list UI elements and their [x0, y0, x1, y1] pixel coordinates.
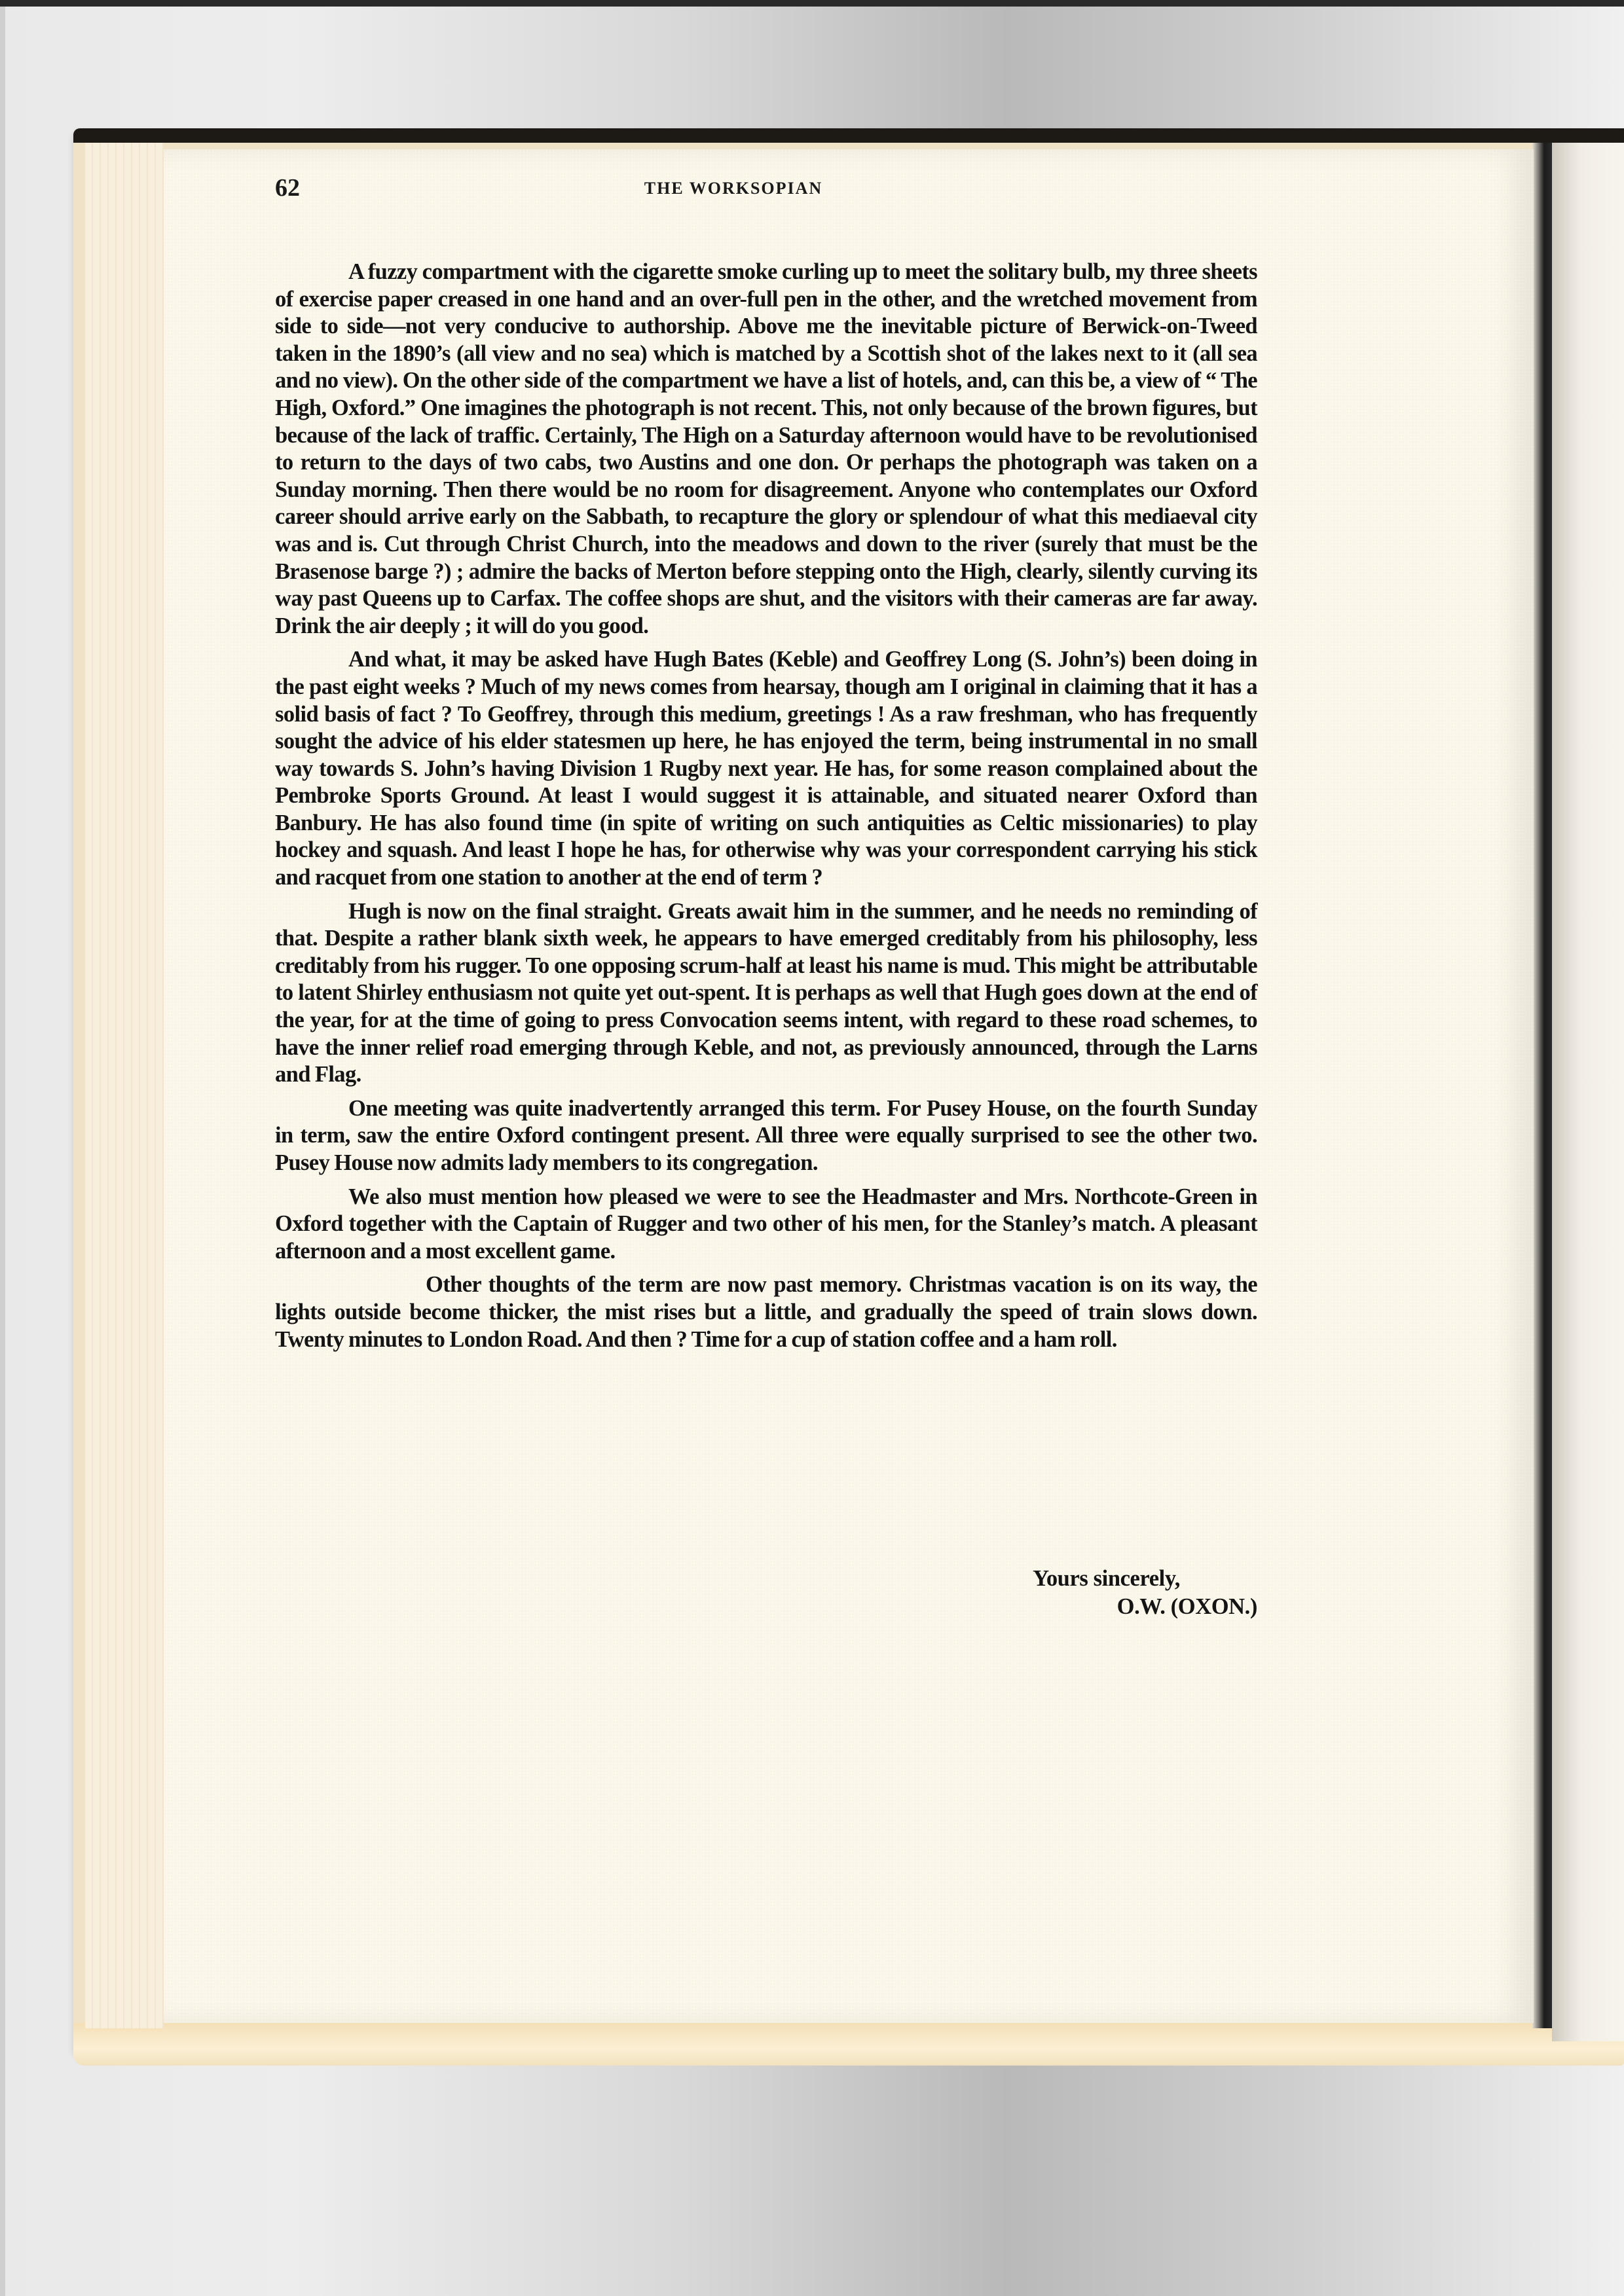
paragraph-closing-thoughts: Other thoughts of the term are now past …: [275, 1271, 1257, 1353]
paragraph-train-compartment: A fuzzy compartment with the cigarette s…: [275, 259, 1257, 640]
facing-page: [1552, 143, 1624, 2041]
paragraph-pusey-house: One meeting was quite inadvertently arra…: [275, 1095, 1257, 1177]
scanner-bed-edge: [0, 0, 5, 2296]
journal-title: THE WORKSOPIAN: [504, 179, 963, 198]
book-bottom-edge: [73, 2023, 1624, 2066]
book-gutter: [1532, 143, 1552, 2028]
running-head: 62 THE WORKSOPIAN: [275, 173, 1257, 213]
paragraph-hugh: Hugh is now on the final straight. Great…: [275, 898, 1257, 1089]
paragraph-headmaster-visit: We also must mention how pleased we were…: [275, 1184, 1257, 1266]
closing-salutation: Yours sincerely,: [275, 1566, 1257, 1592]
author-signature: O.W. (OXON.): [275, 1594, 1257, 1620]
page-number: 62: [275, 173, 300, 202]
paragraph-bates-and-long: And what, it may be asked have Hugh Bate…: [275, 646, 1257, 891]
article-body: A fuzzy compartment with the cigarette s…: [275, 259, 1257, 1360]
scanner-lid-edge: [0, 0, 1624, 7]
page-stack-edge: [85, 143, 164, 2028]
